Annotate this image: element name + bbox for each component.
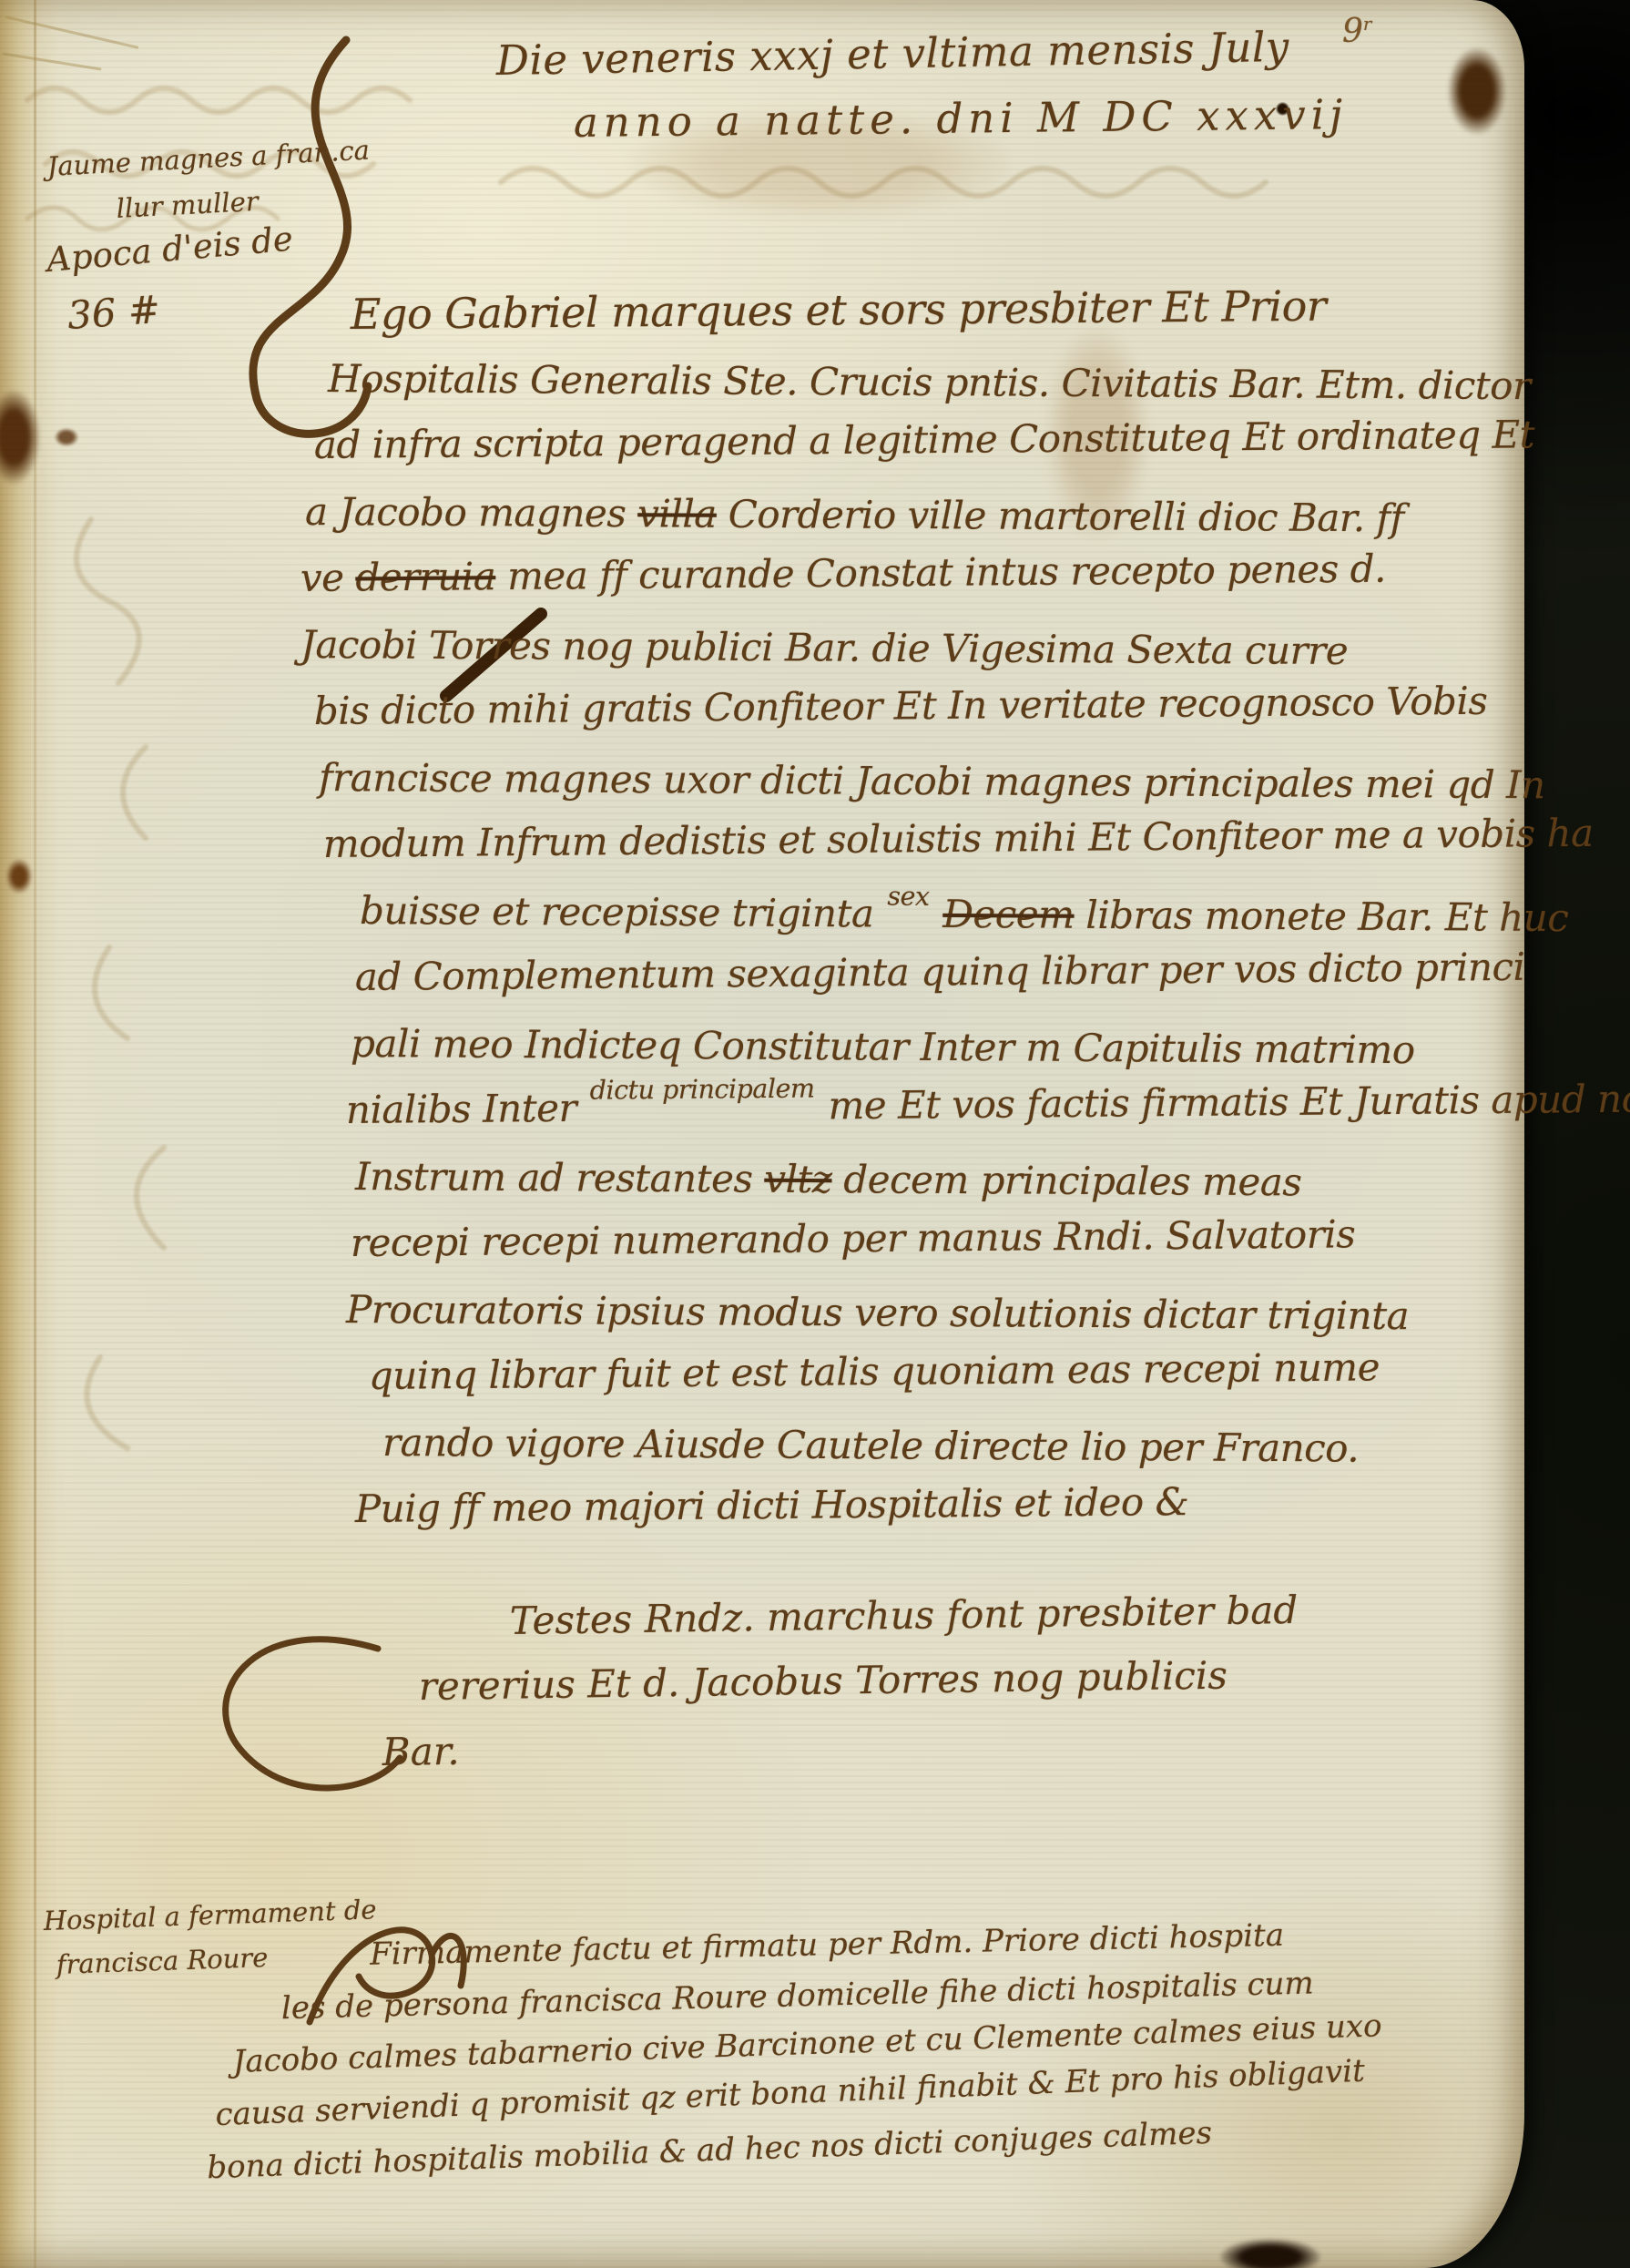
paper-sheet: 9r Die veneris xxxj et vltima mensis Jul… — [0, 0, 1524, 2268]
manuscript-line: modum Infrum dedistis et soluistis mihi … — [323, 810, 1630, 888]
stacked-page-edge — [5, 15, 139, 49]
ink-stain — [1220, 2239, 1320, 2268]
bleed-through-writing — [36, 510, 237, 1512]
folio-mark: r — [1363, 14, 1371, 35]
margin-note-bottom: Hospital a fermament defrancisca Roure — [44, 1905, 377, 1993]
manuscript-line: nialibs Inter dictu principalem me Et vo… — [346, 1076, 1630, 1154]
cancelled-word: villa — [637, 491, 717, 536]
ink-stain — [0, 390, 40, 485]
ink-dot — [55, 428, 78, 446]
interlinear-insertion: dictu principalem — [590, 1073, 815, 1106]
cancelled-word: vltz — [764, 1157, 831, 1201]
witnesses-clause: Testes Rndz. marchus font presbiter badr… — [510, 1599, 1298, 1795]
manuscript-line: Puig ff meo majori dicti Hospitalis et i… — [355, 1475, 1630, 1553]
manuscript-line: anno a natte. dni M DC xxxvij — [574, 90, 1349, 160]
ink-stain — [1448, 47, 1506, 135]
cancelled-word: derruia — [355, 554, 495, 599]
stacked-page-edge — [2, 52, 101, 70]
closing-paragraph: Firmamente factu et firmatu per Rdm. Pri… — [370, 1922, 1384, 2200]
margin-note-top: Jaume magnes a fran.callur mullerApoca d… — [47, 151, 371, 335]
manuscript-line: Die veneris xxxj et vltima mensis July — [495, 22, 1348, 98]
manuscript-line: Ego Gabriel marques et sors presbiter Et… — [351, 278, 1630, 356]
manuscript-line: quinq librar fuit et est talis quoniam e… — [369, 1343, 1630, 1420]
manuscript-line: bis dicto mihi gratis Confiteor Et In ve… — [314, 677, 1630, 755]
manuscript-line: recepi recepi numerando per manus Rndi. … — [351, 1209, 1630, 1287]
manuscript-line: ve derruia mea ff curande Constat intus … — [301, 544, 1630, 622]
manuscript-line: ad infra scripta peragend a legitime Con… — [314, 411, 1630, 489]
manuscript-line: Bar. — [382, 1717, 1298, 1795]
manuscript-line: ad Complementum sexaginta quinq librar p… — [355, 943, 1630, 1021]
manuscript-scan: 9r Die veneris xxxj et vltima mensis Jul… — [0, 0, 1630, 2268]
interlinear-insertion: sex — [887, 881, 929, 912]
dateline-header: Die veneris xxxj et vltima mensis Julyan… — [496, 36, 1348, 160]
cancelled-word: Decem — [942, 892, 1075, 937]
testes-paraph-flourish — [187, 1623, 414, 1824]
body-text: Ego Gabriel marques et sors presbiter Et… — [355, 290, 1630, 1553]
ink-stain — [5, 858, 33, 894]
